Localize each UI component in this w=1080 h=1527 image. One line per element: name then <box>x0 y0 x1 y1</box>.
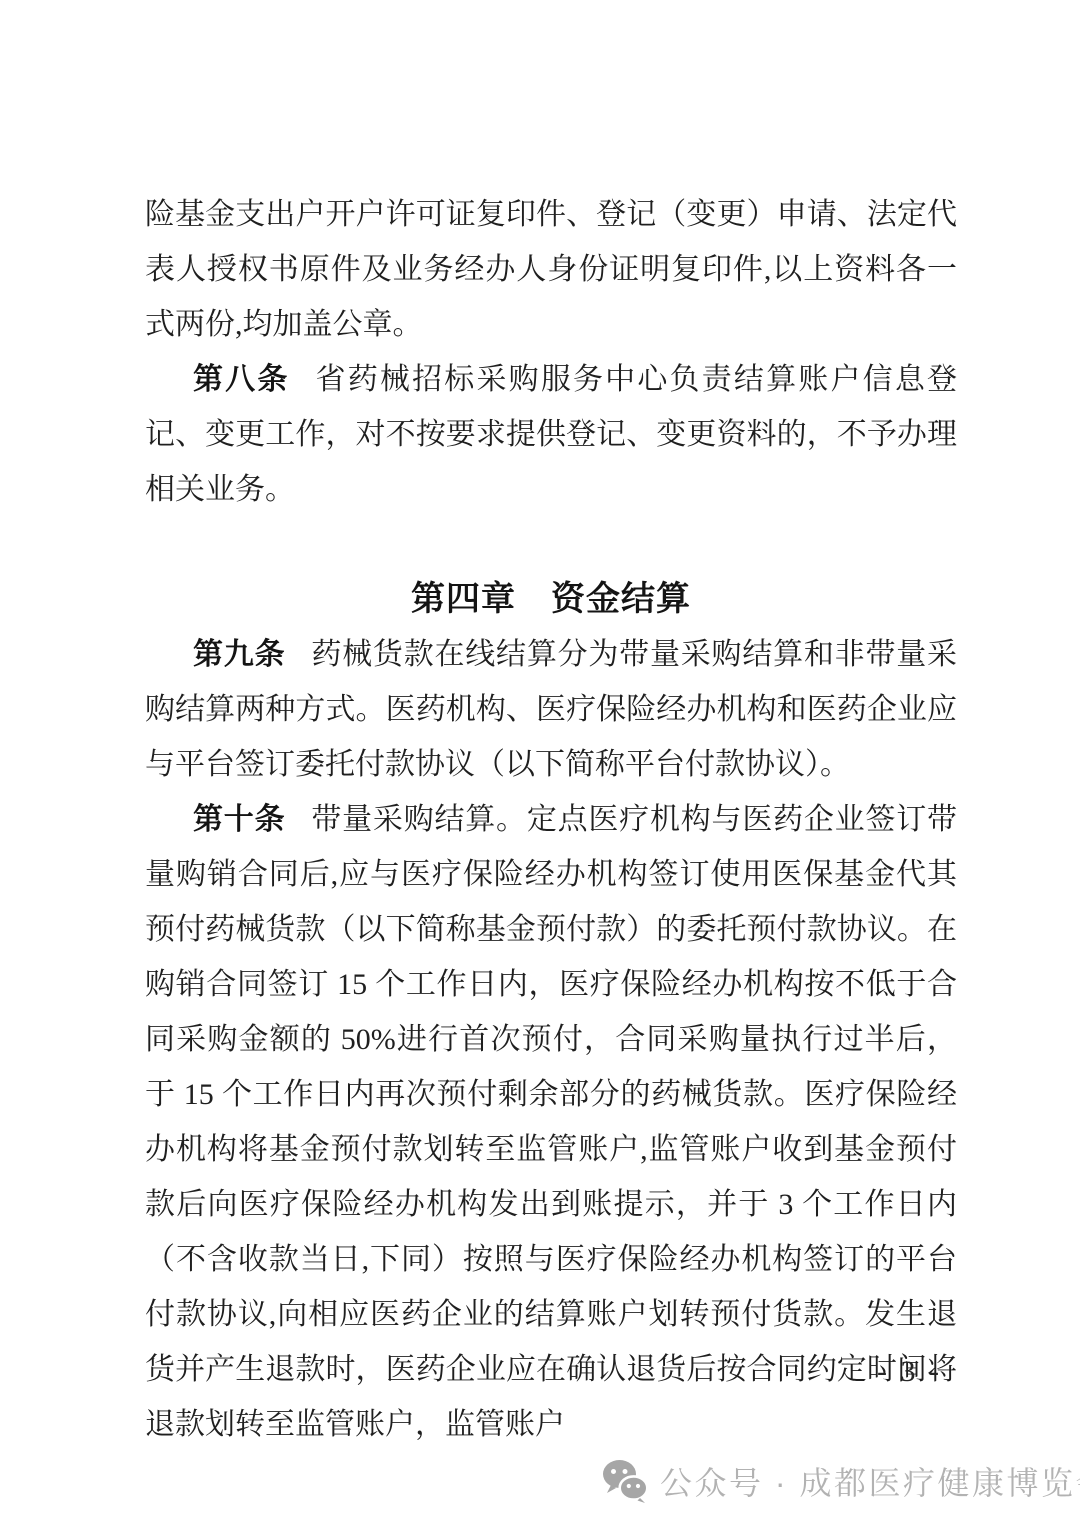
document-page: 险基金支出户开户许可证复印件、登记（变更）申请、法定代表人授权书原件及业务经办人… <box>0 0 1080 1527</box>
article-8-number: 第八条 <box>193 363 290 396</box>
article-10-number: 第十条 <box>193 803 285 836</box>
paragraph-article-9: 第九条药械货款在线结算分为带量采购结算和非带量采购结算两种方式。医药机构、医疗保… <box>145 627 957 792</box>
watermark-footer: 公众号 · 成都医疗健康博览会 <box>602 1458 1080 1504</box>
watermark-label: 公众号 · 成都医疗健康博览会 <box>660 1458 1080 1504</box>
wechat-icon <box>602 1459 648 1503</box>
article-9-number: 第九条 <box>193 638 285 671</box>
chapter-heading: 第四章 资金结算 <box>145 572 957 627</box>
article-10-text: 带量采购结算。定点医疗机构与医药企业签订带量购销合同后,应与医疗保险经办机构签订… <box>145 803 957 1441</box>
page-number: - 3 - <box>877 1352 942 1392</box>
document-body: 险基金支出户开户许可证复印件、登记（变更）申请、法定代表人授权书原件及业务经办人… <box>145 187 957 1452</box>
paragraph-article-10: 第十条带量采购结算。定点医疗机构与医药企业签订带量购销合同后,应与医疗保险经办机… <box>145 792 957 1452</box>
paragraph-article-8: 第八条省药械招标采购服务中心负责结算账户信息登记、变更工作，对不按要求提供登记、… <box>145 352 957 517</box>
paragraph-continuation: 险基金支出户开户许可证复印件、登记（变更）申请、法定代表人授权书原件及业务经办人… <box>145 187 957 352</box>
